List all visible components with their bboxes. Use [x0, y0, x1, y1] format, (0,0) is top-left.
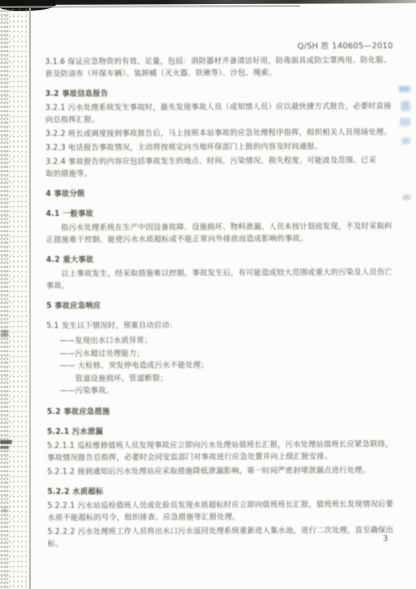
ink-bleed-mark	[399, 86, 410, 92]
text-line: 指污水处理系统在生产中因设备故障、设施损坏、物料泄漏、人员未按计划而发现，不及时…	[46, 220, 398, 234]
clause-3-2-2: 3.2.2 班长或调度接到事故报告后，马上按照本站事故的应急处理程序指挥，组织相…	[45, 126, 397, 140]
clause-5-2-heading: 5.2 事故应急措施	[47, 404, 399, 418]
text-line: 事故。	[46, 278, 398, 292]
clause-5-1-heading: 5.1 发生以下情况时，预案自动启动：	[46, 318, 398, 332]
scan-top-edge-artifact	[0, 0, 416, 5]
text-line: 套及防油布（环保车辆）、装卸桶（灭火器、铁锹等）、沙包、绳索。	[45, 66, 397, 80]
clause-4-1-heading: 4.1 一般事故	[46, 206, 398, 220]
text-line: 以上事故发生，经采取措施难以控制，事故发生后，有可能造成较大范围或重大的污染及人…	[46, 266, 398, 280]
text-line: 4.2 重大事故	[46, 252, 398, 266]
text-line: 水质不能超标的号令，组织排查、应急措施等汇报处理。	[47, 510, 399, 524]
ink-smudge	[1, 330, 8, 337]
text-line: 事故情况报告总指挥，必要时会同安监部门对事故进行应急处置并向上级汇报安排。	[47, 450, 399, 464]
clause-5-2-1-2: 5.2.1.2 接到通知后污水处理站应采取措施降低泄漏影响，第一时间严密封堵泄漏…	[47, 464, 399, 478]
ink-smudge	[2, 508, 7, 512]
section-4-heading: 4 事故分级	[46, 186, 398, 200]
ink-bleed-mark	[400, 118, 410, 126]
page-edge-line	[29, 8, 31, 589]
text-line: 3.2.2 班长或调度接到事故报告后，马上按照本站事故的应急处理程序指挥，组织相…	[45, 126, 397, 140]
clause-3-2-4: 3.2.4 事故报告的内容应包括事故发生的地点、时间、污染情况、损失程度、可能波…	[46, 154, 398, 180]
ink-bleed-mark	[403, 195, 410, 200]
text-line: 5 事故应急响应	[46, 298, 398, 312]
text-line: 5.2.1 污水泄漏	[47, 424, 399, 438]
text-line: 5.2.2 水质超标	[47, 484, 399, 498]
scan-left-noise-dark	[0, 9, 9, 589]
text-line: 4 事故分级	[46, 186, 398, 200]
text-line: 5.2 事故应急措施	[47, 404, 399, 418]
clause-3-2-heading: 3.2 事故信息报告	[45, 86, 397, 100]
page-number: 3	[383, 534, 388, 543]
text-line: 取的措施等。	[46, 166, 398, 180]
clause-5-2-2-2: 5.2.2.2 污水处理班工作人员将出水口污水返回处理系统重新进入集水池，进行二…	[48, 524, 400, 550]
clause-3-2-1: 3.2.1 污水处理系统发生事故时，最先发现事故人员（或知情人员）应以最快捷方式…	[45, 100, 397, 126]
clause-3-1-6: 3.1.6 保证应急物资的有效、足量，包括：消防器材齐备清洁好用，防毒面具或防尘…	[45, 54, 397, 80]
text-line: 3.2 事故信息报告	[45, 86, 397, 100]
text-line: 5.2.2.2 污水处理班工作人员将出水口污水返回处理系统重新进入集水池，进行二…	[48, 524, 400, 538]
document-body: 3.1.6 保证应急物资的有效、足量，包括：消防器材齐备清洁好用，防毒面具或防尘…	[45, 54, 400, 549]
list-item: ——污染事故。	[60, 383, 399, 397]
text-line: 向总指挥汇报。	[45, 112, 397, 126]
text-line: 3.2.1 污水处理系统发生事故时，最先发现事故人员（或知情人员）应以最快捷方式…	[45, 100, 397, 114]
clause-5-2-1-1: 5.2.1.1 巡检维修值班人员发现事故应立即向污水处理站值班长汇报，污水处理站…	[47, 438, 399, 464]
section-5-heading: 5 事故应急响应	[46, 298, 398, 312]
clause-4-2-heading: 4.2 重大事故	[46, 252, 398, 266]
scanned-document-page: Q/SH 胜 140605—2010 3.1.6 保证应急物资的有效、足量，包括…	[0, 0, 416, 589]
clause-5-2-1-heading: 5.2.1 污水泄漏	[47, 424, 399, 438]
text-line: 3.2.3 电话报告事故情况，主动将按规定向当地环保部门上报的内容及时间通报。	[46, 140, 398, 154]
ink-bleed-mark	[402, 138, 410, 144]
text-line: 4.1 一般事故	[46, 206, 398, 220]
clause-3-2-3: 3.2.3 电话报告事故情况，主动将按规定向当地环保部门上报的内容及时间通报。	[46, 140, 398, 154]
clause-4-2-body: 以上事故发生，经采取措施难以控制，事故发生后，有可能造成较大范围或重大的污染及人…	[46, 266, 398, 292]
ink-smudge	[0, 440, 12, 444]
ink-bleed-mark	[401, 101, 410, 111]
clause-4-1-body: 指污水处理系统在生产中因设备故障、设施损坏、物料泄漏、人员未按计划而发现，不及时…	[46, 220, 398, 246]
text-line: 标。	[48, 536, 400, 550]
trigger-list: ——发现出水口水质异常；——污水超过处理能力；—— 大检修、突发停电造成污水不能…	[60, 333, 399, 397]
text-line: 5.2.1.1 巡检维修值班人员发现事故应立即向污水处理站值班长汇报，污水处理站…	[47, 438, 399, 452]
text-line: 3.2.4 事故报告的内容应包括事故发生的地点、时间、污染情况、损失程度、可能波…	[46, 154, 398, 168]
document-content: Q/SH 胜 140605—2010 3.1.6 保证应急物资的有效、足量，包括…	[45, 40, 400, 551]
scan-top-shadow-line	[0, 5, 300, 8]
clause-5-2-2-heading: 5.2.2 水质超标	[47, 484, 399, 498]
text-line: 正措施难于控制、能使污水水质超标或不能正常向外排放而造成影响的事故。	[46, 232, 398, 246]
ink-smudge	[0, 446, 9, 449]
text-line: 5.2.2.1 污水站巡检值班人员或化验员发现水质超标时应立即向值班班长汇报，值…	[47, 498, 399, 512]
text-line: 5.2.1.2 接到通知后污水处理站应采取措施降低泄漏影响，第一时间严密封堵泄漏…	[47, 464, 399, 478]
clause-5-2-2-1: 5.2.2.1 污水站巡检值班人员或化验员发现水质超标时应立即向值班班长汇报，值…	[47, 498, 399, 524]
standard-number: Q/SH 胜 140605—2010	[45, 40, 397, 54]
text-line: 3.1.6 保证应急物资的有效、足量，包括：消防器材齐备清洁好用，防毒面具或防尘…	[45, 54, 397, 68]
text-line: 5.1 发生以下情况时，预案自动启动：	[46, 318, 398, 332]
